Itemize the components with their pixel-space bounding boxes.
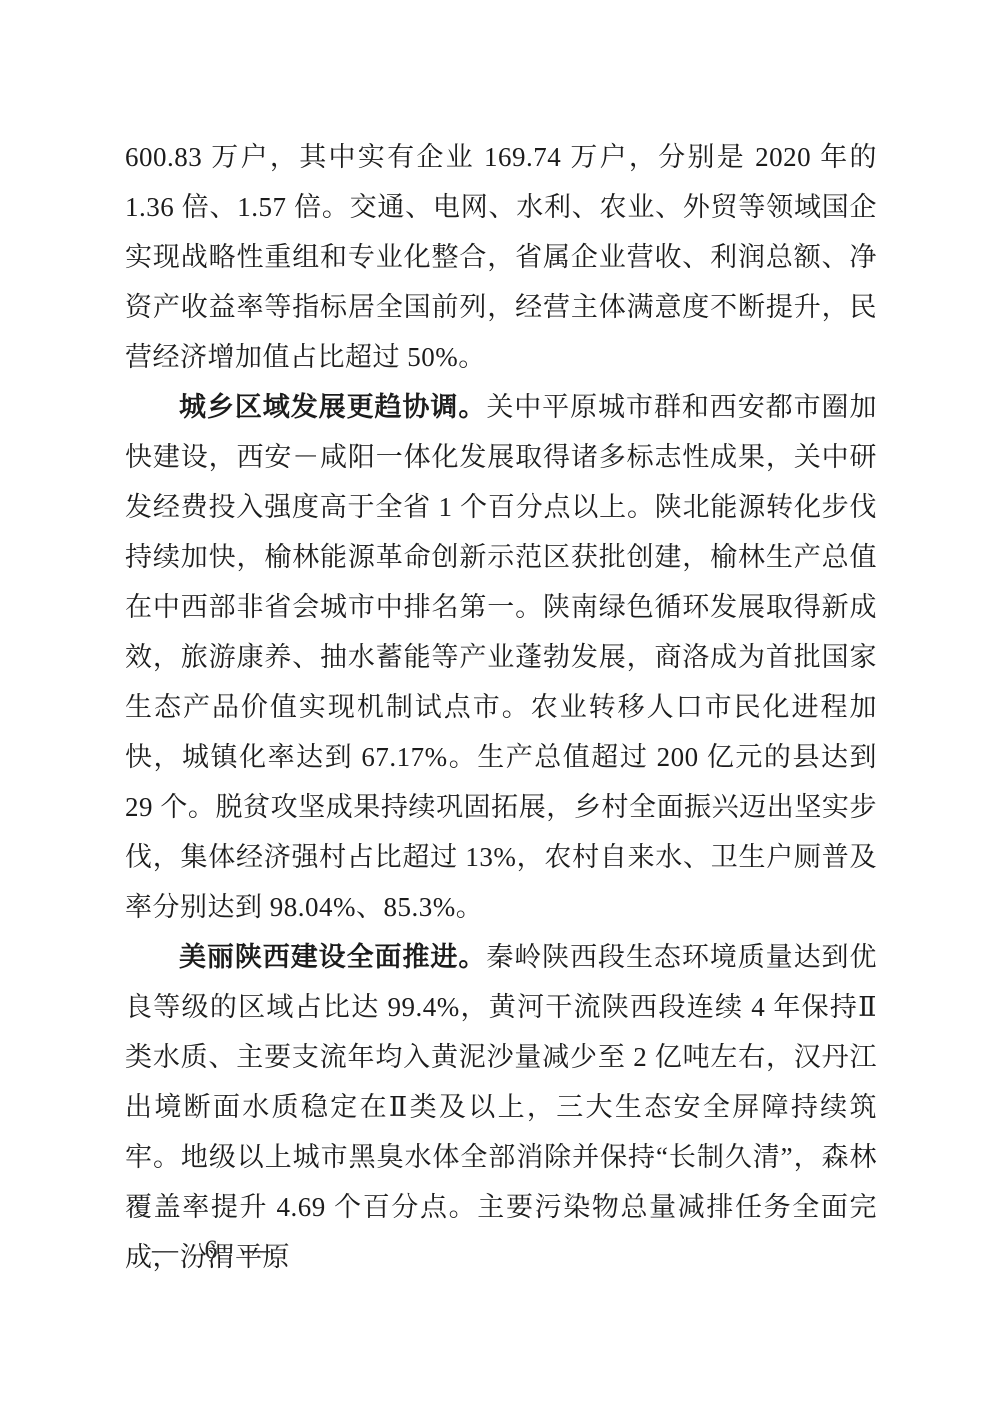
paragraph-beautiful-shaanxi: 美丽陕西建设全面推进。秦岭陕西段生态环境质量达到优良等级的区域占比达 99.4%… [125,932,877,1282]
paragraph-text: 600.83 万户，其中实有企业 169.74 万户，分别是 2020 年的 1… [125,142,877,372]
paragraph-urban-rural: 城乡区域发展更趋协调。关中平原城市群和西安都市圈加快建设，西安－咸阳一体化发展取… [125,382,877,932]
page-body-text: 600.83 万户，其中实有企业 169.74 万户，分别是 2020 年的 1… [125,132,877,1282]
paragraph-lead: 城乡区域发展更趋协调。 [179,392,486,422]
document-page: 600.83 万户，其中实有企业 169.74 万户，分别是 2020 年的 1… [0,0,1000,1415]
page-number: — 6 — [152,1232,280,1268]
paragraph-continuation: 600.83 万户，其中实有企业 169.74 万户，分别是 2020 年的 1… [125,132,877,382]
paragraph-text: 秦岭陕西段生态环境质量达到优良等级的区域占比达 99.4%，黄河干流陕西段连续 … [125,942,877,1272]
paragraph-lead: 美丽陕西建设全面推进。 [179,942,486,972]
paragraph-text: 关中平原城市群和西安都市圈加快建设，西安－咸阳一体化发展取得诸多标志性成果，关中… [125,392,877,922]
